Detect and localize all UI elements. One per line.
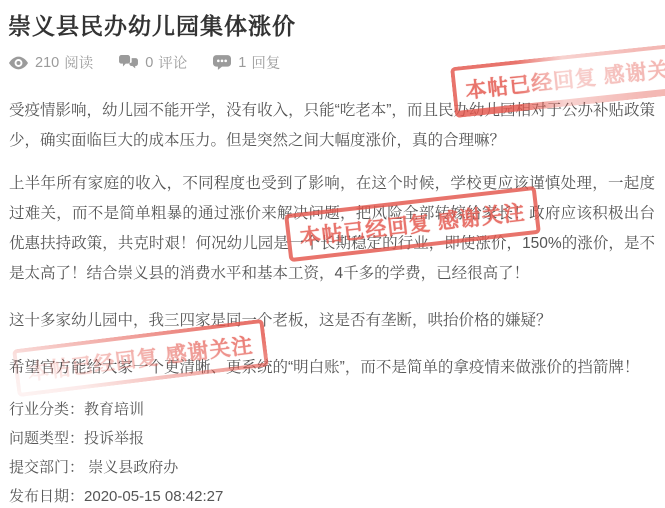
- comments-label: 评论: [158, 52, 187, 73]
- meta-label: 问题类型：: [9, 430, 84, 447]
- replies-label: 回复: [251, 52, 280, 73]
- comments-stat: 0 评论: [119, 52, 187, 73]
- meta-value: 投诉举报: [84, 430, 144, 447]
- views-stat: 210 阅读: [9, 52, 93, 73]
- post-meta: 行业分类：教育培训 问题类型：投诉举报 提交部门： 崇义县政府办 发布日期：20…: [9, 395, 223, 508]
- views-label: 阅读: [64, 52, 93, 73]
- forum-post-page: 崇义县民办幼儿园集体涨价 210 阅读 0 评论 1 回复 受疫情影响，幼儿园不…: [0, 0, 665, 508]
- eye-icon: [9, 56, 28, 70]
- meta-publish-date: 发布日期：2020-05-15 08:42:27: [9, 482, 223, 508]
- comments-count: 0: [145, 55, 153, 71]
- post-stats-bar: 210 阅读 0 评论 1 回复: [9, 52, 306, 73]
- meta-label: 发布日期：: [9, 488, 84, 505]
- meta-label: 提交部门：: [9, 459, 84, 476]
- meta-industry-category: 行业分类：教育培训: [9, 395, 223, 424]
- replies-stat: 1 回复: [213, 52, 280, 73]
- replies-count: 1: [238, 55, 246, 71]
- reply-icon: [213, 55, 231, 70]
- post-paragraph: 这十多家幼儿园中，我三四家是同一个老板，这是否有垄断，哄抬价格的嫌疑？: [9, 306, 655, 336]
- meta-value: 崇义县政府办: [88, 459, 178, 476]
- meta-issue-type: 问题类型：投诉举报: [9, 424, 223, 453]
- meta-value: 教育培训: [84, 401, 144, 418]
- meta-label: 行业分类：: [9, 401, 84, 418]
- comments-icon: [119, 55, 138, 70]
- views-count: 210: [35, 55, 59, 71]
- post-title: 崇义县民办幼儿园集体涨价: [8, 8, 655, 41]
- replied-stamp-text: 本帖已经回复 感谢关注: [464, 56, 665, 103]
- meta-value: 2020-05-15 08:42:27: [84, 488, 223, 505]
- meta-submitted-department: 提交部门： 崇义县政府办: [9, 453, 223, 482]
